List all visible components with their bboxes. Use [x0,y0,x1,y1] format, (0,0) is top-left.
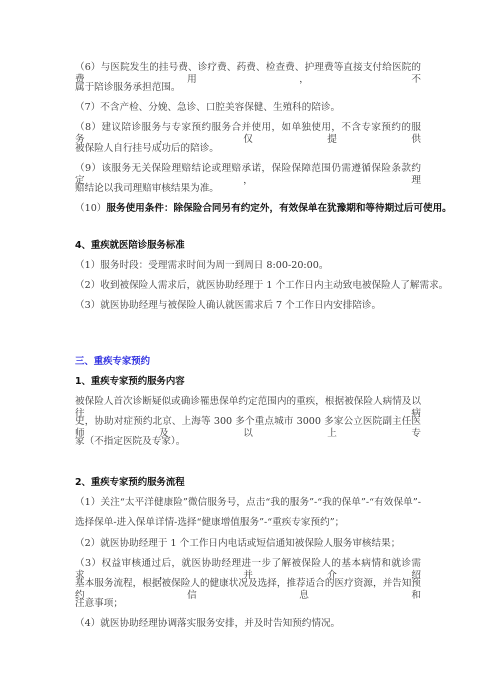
sub2-item-2: （2）就医协助经理于 1 个工作日内电话或短信通知被保险人服务审核结果； [75,538,400,550]
sub2-item-3-line3: 注意事项； [75,598,123,610]
item-9-line2: 赔结论以我司理赔审核结果为准。 [75,183,219,195]
item-10: （10）服务使用条件：除保险合同另有约定外，有效保单在犹豫期和等待期过后可使用。 [75,203,452,215]
sub2-item-1-line2: 选择保单-进入保单详情-选择“健康增值服务”-“重疾专家预约”； [75,517,344,529]
sub2-item-3-line2: 基本服务流程，根据被保险人的健康状况及选择，推荐适合的医疗资源，并告知预约信息和 [75,578,421,602]
sub2-title: 2、重疾专家预约服务流程 [75,477,185,489]
sub1-title: 1、重疾专家预约服务内容 [75,376,185,388]
section4-title: 4、重疾就医陪诊服务标准 [75,240,185,252]
section4-item-1: （1）服务时段：受理需求时间为周一到周日 8:00-20:00。 [75,260,328,272]
item-8-line2: 被保险人自行挂号成功后的陪诊。 [75,143,219,155]
sub2-item-4: （4）就医协助经理协调落实服务安排，并及时告知预约情况。 [75,618,340,630]
sub1-para-line3: 家（不指定医院及专家）。 [75,436,185,448]
item-7: （7）不含产检、分娩、急诊、口腔美容保健、生殖科的陪诊。 [75,102,340,114]
section4-item-3: （3）就医协助经理与被保险人确认就医需求后 7 个工作日内安排陪诊。 [75,300,381,312]
sub2-item-1-line1: （1）关注“太平洋健康险”微信服务号，点击“我的服务”-“我的保单”-“有效保单… [75,497,421,509]
item-10-bold: 服务使用条件：除保险合同另有约定外，有效保单在犹豫期和等待期过后可使用。 [106,203,451,214]
item-6-line2: 属于陪诊服务承担范围。 [75,82,181,94]
chapter3-title: 三、重疾专家预约 [75,356,150,368]
item-10-prefix: （10） [75,203,106,214]
section4-item-2: （2）收到被保险人需求后，就医协助经理于 1 个工作日内主动致电被保险人了解需求… [75,280,448,292]
